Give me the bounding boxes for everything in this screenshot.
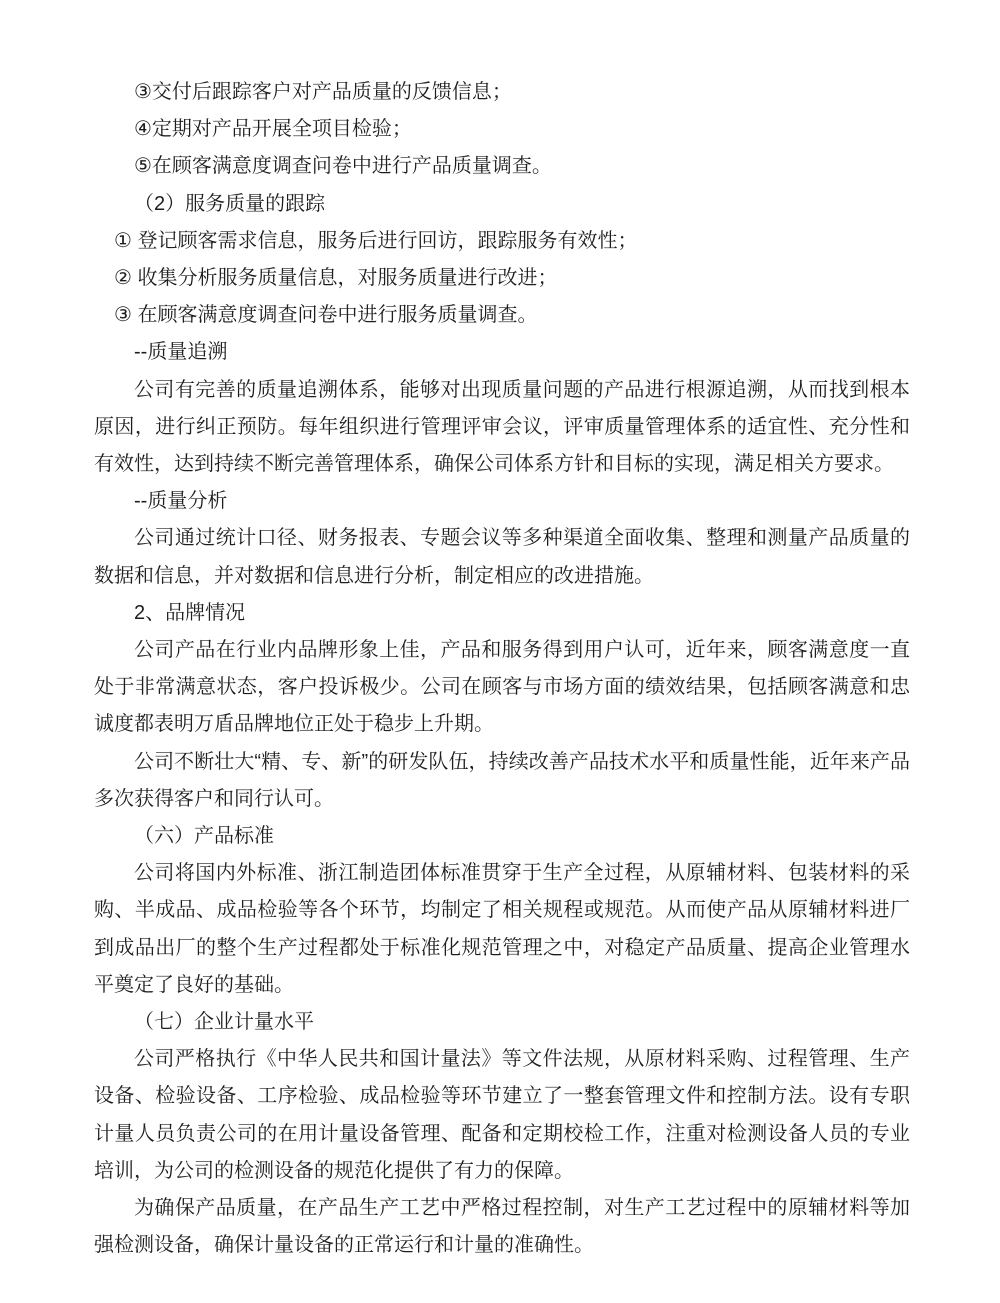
para-brand-rnd-team: 公司不断壮大“精、专、新”的研发队伍，持续改善产品技术水平和质量性能，近年来产品… (94, 744, 910, 818)
item-circled1-register: ① 登记顾客需求信息，服务后进行回访，跟踪服务有效性； (94, 223, 910, 260)
item-circle3-feedback: ③交付后跟踪客户对产品质量的反馈信息； (94, 74, 910, 111)
para-quality-traceability: 公司有完善的质量追溯体系，能够对出现质量问题的产品进行根源追溯，从而找到根本原因… (94, 372, 910, 484)
item-circle4-inspection: ④定期对产品开展全项目检验； (94, 111, 910, 148)
heading-product-standards: （六）产品标准 (94, 818, 910, 855)
para-measurement-assurance: 为确保产品质量，在产品生产工艺中严格过程控制，对生产工艺过程中的原辅材料等加强检… (94, 1190, 910, 1264)
para-product-standards: 公司将国内外标准、浙江制造团体标准贯穿于生产全过程，从原辅材料、包装材料的采购、… (94, 855, 910, 1004)
para-measurement-system: 公司严格执行《中华人民共和国计量法》等文件法规，从原材料采购、过程管理、生产设备… (94, 1041, 910, 1190)
item-circled3-survey: ③ 在顾客满意度调查问卷中进行服务质量调查。 (94, 297, 910, 334)
item-circle5-survey: ⑤在顾客满意度调查问卷中进行产品质量调查。 (94, 148, 910, 185)
para-quality-analysis: 公司通过统计口径、财务报表、专题会议等多种渠道全面收集、整理和测量产品质量的数据… (94, 520, 910, 594)
heading-enterprise-measurement: （七）企业计量水平 (94, 1004, 910, 1041)
subheading-quality-analysis: --质量分析 (94, 483, 910, 520)
document-page: ③交付后跟踪客户对产品质量的反馈信息； ④定期对产品开展全项目检验； ⑤在顾客满… (94, 74, 910, 1265)
subheading-quality-traceability: --质量追溯 (94, 334, 910, 371)
heading-brand-situation: 2、品牌情况 (94, 595, 910, 632)
heading-service-quality-tracking: （2）服务质量的跟踪 (94, 186, 910, 223)
para-brand-reputation: 公司产品在行业内品牌形象上佳，产品和服务得到用户认可，近年来，顾客满意度一直处于… (94, 632, 910, 744)
item-circled2-collect: ② 收集分析服务质量信息，对服务质量进行改进； (94, 260, 910, 297)
